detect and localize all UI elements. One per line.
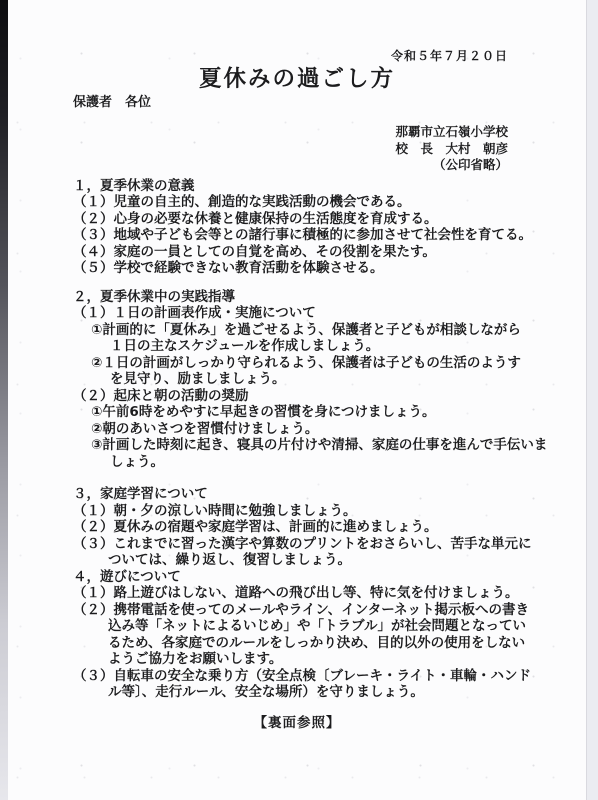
section-heading: ３，家庭学習について xyxy=(8,486,586,503)
doc-line: （２）起床と朝の活動の奨励 xyxy=(8,388,586,405)
doc-line: ついては、繰り返し、復習しましょう。 xyxy=(8,552,586,569)
sender-block: 那覇市立石嶺小学校 校 長 大村 朝彦 （公印省略） xyxy=(8,124,586,174)
see-reverse-side-note: 【裏面参照】 xyxy=(8,715,586,732)
doc-line: （２）携帯電話を使ってのメールやライン、インターネット掲示板への書き xyxy=(8,602,586,619)
doc-line: １日の主なスケジュールを作成しましょう。 xyxy=(8,338,586,355)
doc-line: ようご協力をお願いします。 xyxy=(8,651,586,668)
document-page: 令和５年７月２０日 夏休みの過ごし方 保護者 各位 那覇市立石嶺小学校 校 長 … xyxy=(8,0,587,800)
doc-line: ②１日の計画がしっかり守られるよう、保護者は子どもの生活のようす xyxy=(8,355,586,372)
doc-line: （３）これまでに習った漢字や算数のプリントをおさらいし、苦手な単元に xyxy=(8,536,586,553)
seal-note: （公印省略） xyxy=(8,157,508,174)
doc-line: （２）心身の必要な休養と健康保持の生活態度を育成する。 xyxy=(8,211,586,228)
principal-name: 校 長 大村 朝彦 xyxy=(8,141,508,158)
section-home-study: ３，家庭学習について （１）朝・夕の涼しい時間に勉強しましょう。 （２）夏休みの… xyxy=(8,486,586,569)
doc-line: （３）自転車の安全な乗り方（安全点検〔ブレーキ・ライト・車輪・ハンド xyxy=(8,668,586,685)
photo-of-document: 令和５年７月２０日 夏休みの過ごし方 保護者 各位 那覇市立石嶺小学校 校 長 … xyxy=(0,0,598,800)
doc-line: （５）学校で経験できない教育活動を体験させる。 xyxy=(8,260,586,277)
section-heading: ４，遊びについて xyxy=(8,569,586,586)
doc-line: ①午前6時をめやすに早起きの習慣を身につけましょう。 xyxy=(8,404,586,421)
doc-line: （１）１日の計画表作成・実施について xyxy=(8,305,586,322)
doc-line: ①計画的に「夏休み」を過ごせるよう、保護者と子どもが相談しながら xyxy=(8,322,586,339)
section-heading: １，夏季休業の意義 xyxy=(8,178,586,195)
section-practical-guidance: ２，夏季休業中の実践指導 （１）１日の計画表作成・実施について ①計画的に「夏休… xyxy=(8,289,586,471)
doc-line: を見守り、励ましましょう。 xyxy=(8,371,586,388)
addressee: 保護者 各位 xyxy=(8,94,586,111)
school-name: 那覇市立石嶺小学校 xyxy=(8,124,508,141)
section-heading: ２，夏季休業中の実践指導 xyxy=(8,289,586,306)
document-title: 夏休みの過ごし方 xyxy=(8,66,586,93)
doc-line: ②朝のあいさつを習慣付けましょう。 xyxy=(8,421,586,438)
page-left-edge-shadow xyxy=(0,0,8,800)
section-meaning-of-summer-break: １，夏季休業の意義 （１）児童の自主的、創造的な実践活動の機会である。 （２）心… xyxy=(8,178,586,277)
doc-line: （３）地域や子ども会等との諸行事に積極的に参加させて社会性を育てる。 xyxy=(8,227,586,244)
doc-line: ル等〕、走行ルール、安全な場所）を守りましょう。 xyxy=(8,684,586,701)
doc-line: （１）児童の自主的、創造的な実践活動の機会である。 xyxy=(8,194,586,211)
doc-line: 込み等「ネットによるいじめ」や「トラブル」が社会問題となってい xyxy=(8,618,586,635)
document-date: 令和５年７月２０日 xyxy=(8,48,586,64)
doc-line: ③計画した時刻に起き、寝具の片付けや清掃、家庭の仕事を進んで手伝いま xyxy=(8,437,586,454)
section-play: ４，遊びについて （１）路上遊びはしない、道路への飛び出し等、特に気を付けましょ… xyxy=(8,569,586,701)
doc-line: （１）朝・夕の涼しい時間に勉強しましょう。 xyxy=(8,503,586,520)
doc-line: （２）夏休みの宿題や家庭学習は、計画的に進めましょう。 xyxy=(8,519,586,536)
doc-line: （４）家庭の一員としての自覚を高め、その役割を果たす。 xyxy=(8,244,586,261)
doc-line: しょう。 xyxy=(8,454,586,471)
doc-line: （１）路上遊びはしない、道路への飛び出し等、特に気を付けましょう。 xyxy=(8,585,586,602)
doc-line: るため、各家庭でのルールをしっかり決め、目的以外の使用をしない xyxy=(8,635,586,652)
